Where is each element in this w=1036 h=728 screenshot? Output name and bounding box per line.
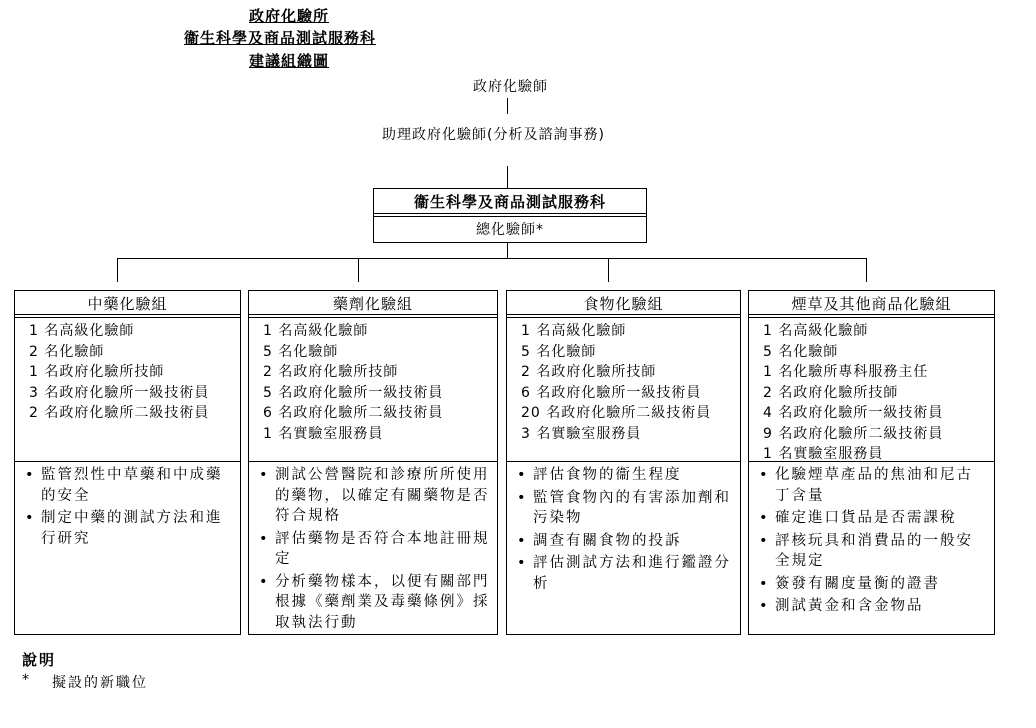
legend-title: 說明: [22, 649, 56, 670]
double-divider: [249, 314, 497, 318]
staff-item: 6 名政府化驗所二級技術員: [263, 403, 493, 424]
divider: [15, 461, 240, 462]
duty-item: 評估測試方法和進行鑑證分析: [517, 553, 734, 594]
duty-item: 監管食物內的有害添加劑和污染物: [517, 488, 734, 529]
node-assistant-government-chemist: 助理政府化驗師(分析及諮詢事務): [382, 124, 605, 144]
duty-item: 測試公營醫院和診療所所使用的藥物，以確定有關藥物是否符合規格: [259, 465, 491, 527]
duty-item: 分析藥物樣本，以便有關部門根據《藥劑業及毒藥條例》採取執法行動: [259, 572, 491, 634]
divider: [507, 461, 740, 462]
staff-item: 5 名化驗師: [521, 342, 736, 363]
title-line-2: 衞生科學及商品測試服務科: [184, 27, 376, 48]
staff-list: 1 名高級化驗師 5 名化驗師 1 名化驗所專科服務主任 2 名政府化驗所技師 …: [763, 321, 990, 465]
division-name: 衞生科學及商品測試服務科: [374, 191, 646, 212]
node-government-chemist: 政府化驗師: [473, 76, 548, 96]
divider: [249, 461, 497, 462]
duty-item: 制定中藥的測試方法和進行研究: [25, 508, 234, 549]
legend-text: 擬設的新職位: [52, 672, 148, 692]
duties-list: 監管烈性中草藥和中成藥的安全 制定中藥的測試方法和進行研究: [25, 465, 234, 551]
duty-item: 測試黃金和含金物品: [759, 596, 988, 617]
staff-item: 2 名政府化驗所技師: [263, 362, 493, 383]
staff-item: 2 名政府化驗所技師: [521, 362, 736, 383]
title-line-1: 政府化驗所: [249, 5, 329, 26]
duty-item: 調查有關食物的投訴: [517, 531, 734, 552]
staff-item: 1 名高級化驗師: [763, 321, 990, 342]
connector-line: [358, 258, 359, 282]
staff-item: 3 名政府化驗所一級技術員: [29, 383, 236, 404]
staff-item: 2 名政府化驗所技師: [763, 383, 990, 404]
staff-list: 1 名高級化驗師 2 名化驗師 1 名政府化驗所技師 3 名政府化驗所一級技術員…: [29, 321, 236, 424]
staff-item: 20 名政府化驗所二級技術員: [521, 403, 736, 424]
section-food: 食物化驗組 1 名高級化驗師 5 名化驗師 2 名政府化驗所技師 6 名政府化驗…: [506, 290, 741, 635]
duties-list: 化驗煙草產品的焦油和尼古丁含量 確定進口貨品是否需課稅 評核玩具和消費品的一般安…: [759, 465, 988, 619]
connector-line: [608, 258, 609, 282]
staff-item: 6 名政府化驗所一級技術員: [521, 383, 736, 404]
duty-item: 監管烈性中草藥和中成藥的安全: [25, 465, 234, 506]
staff-item: 5 名化驗師: [263, 342, 493, 363]
double-divider: [15, 314, 240, 318]
staff-list: 1 名高級化驗師 5 名化驗師 2 名政府化驗所技師 6 名政府化驗所一級技術員…: [521, 321, 736, 444]
section-name: 中藥化驗組: [15, 293, 240, 314]
division-head: 總化驗師*: [374, 219, 646, 239]
section-pharmaceutical: 藥劑化驗組 1 名高級化驗師 5 名化驗師 2 名政府化驗所技師 5 名政府化驗…: [248, 290, 498, 635]
staff-item: 5 名化驗師: [763, 342, 990, 363]
duty-item: 評估藥物是否符合本地註冊規定: [259, 529, 491, 570]
staff-item: 3 名實驗室服務員: [521, 424, 736, 445]
duty-item: 評估食物的衞生程度: [517, 465, 734, 486]
divider: [749, 461, 994, 462]
section-name: 食物化驗組: [507, 293, 740, 314]
staff-item: 1 名化驗所專科服務主任: [763, 362, 990, 383]
duty-item: 化驗煙草產品的焦油和尼古丁含量: [759, 465, 988, 506]
connector-line: [507, 98, 508, 114]
double-divider: [507, 314, 740, 318]
connector-line: [507, 243, 508, 259]
connector-line: [117, 258, 118, 282]
staff-item: 1 名政府化驗所技師: [29, 362, 236, 383]
staff-item: 5 名政府化驗所一級技術員: [263, 383, 493, 404]
staff-item: 2 名政府化驗所二級技術員: [29, 403, 236, 424]
duty-item: 確定進口貨品是否需課稅: [759, 508, 988, 529]
double-divider: [374, 213, 646, 217]
section-name: 煙草及其他商品化驗組: [749, 293, 994, 314]
duties-list: 測試公營醫院和診療所所使用的藥物，以確定有關藥物是否符合規格 評估藥物是否符合本…: [259, 465, 491, 635]
connector-line: [507, 166, 508, 188]
staff-item: 1 名實驗室服務員: [263, 424, 493, 445]
section-name: 藥劑化驗組: [249, 293, 497, 314]
staff-item: 4 名政府化驗所一級技術員: [763, 403, 990, 424]
staff-item: 1 名高級化驗師: [521, 321, 736, 342]
staff-list: 1 名高級化驗師 5 名化驗師 2 名政府化驗所技師 5 名政府化驗所一級技術員…: [263, 321, 493, 444]
staff-item: 1 名高級化驗師: [29, 321, 236, 342]
staff-item: 1 名高級化驗師: [263, 321, 493, 342]
double-divider: [749, 314, 994, 318]
staff-item: 9 名政府化驗所二級技術員: [763, 424, 990, 445]
connector-line: [866, 258, 867, 282]
duties-list: 評估食物的衞生程度 監管食物內的有害添加劑和污染物 調查有關食物的投訴 評估測試…: [517, 465, 734, 596]
section-tobacco-commodities: 煙草及其他商品化驗組 1 名高級化驗師 5 名化驗師 1 名化驗所專科服務主任 …: [748, 290, 995, 635]
staff-item: 2 名化驗師: [29, 342, 236, 363]
division-box: 衞生科學及商品測試服務科 總化驗師*: [373, 188, 647, 243]
title-line-3: 建議組織圖: [249, 50, 329, 71]
duty-item: 簽發有關度量衡的證書: [759, 574, 988, 595]
legend-asterisk: *: [22, 672, 29, 688]
section-chinese-medicine: 中藥化驗組 1 名高級化驗師 2 名化驗師 1 名政府化驗所技師 3 名政府化驗…: [14, 290, 241, 635]
duty-item: 評核玩具和消費品的一般安全規定: [759, 531, 988, 572]
connector-branch-line: [117, 258, 867, 259]
